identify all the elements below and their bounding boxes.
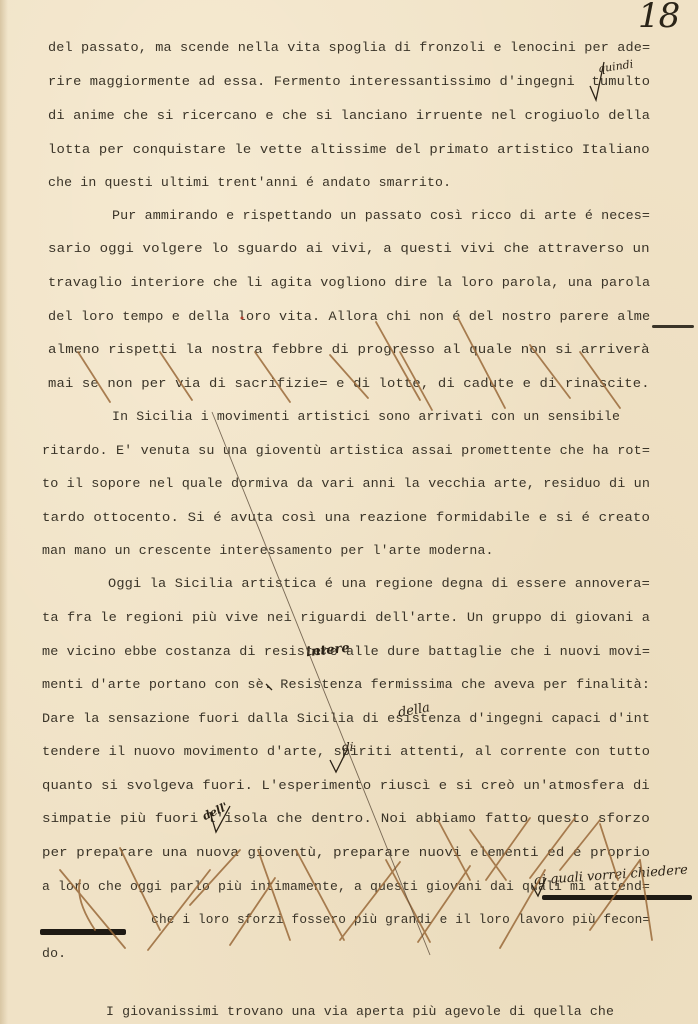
text-line: tardo ottocento. Si é avuta così una rea… — [42, 510, 650, 526]
strike-through-line-start — [40, 929, 126, 935]
text-line: del passato, ma scende nella vita spogli… — [48, 40, 650, 56]
text-line: ta fra le regioni più vive nei riguardi … — [42, 610, 650, 626]
text-line: man mano un crescente interessamento per… — [42, 543, 494, 559]
text-line: to il sopore nel quale dormiva da vari a… — [42, 476, 650, 492]
text-line: ritardo. E' venuta su una gioventù artis… — [42, 443, 650, 459]
text-line: mai se non per via di sacrifizie= e di l… — [48, 376, 650, 392]
text-line: Pur ammirando e rispettando un passato c… — [112, 208, 650, 224]
text-line: do. — [42, 946, 66, 962]
text-line: Dare la sensazione fuori dalla Sicilia d… — [42, 711, 650, 727]
text-line: che i loro sforzi fossero più grandi e i… — [42, 912, 650, 928]
text-line: In Sicilia i movimenti artistici sono ar… — [112, 409, 620, 425]
text-line: menti d'arte portano con sè. Resistenza … — [42, 677, 650, 693]
text-line: che in questi ultimi trent'anni é andato… — [48, 175, 451, 191]
text-line: per preparare una nuova gioventù, prepar… — [42, 845, 650, 861]
text-line: lotta per conquistare le vette altissime… — [48, 142, 650, 158]
page-number: 18 — [638, 0, 679, 36]
text-line: rire maggiormente ad essa. Fermento inte… — [48, 74, 650, 90]
strike-through-alme — [652, 325, 694, 328]
text-line: travaglio interiore che li agita voglion… — [48, 275, 650, 291]
text-line: simpatie più fuori l'isola che dentro. N… — [42, 811, 650, 827]
annotation-di: di — [342, 740, 354, 754]
text-line: Oggi la Sicilia artistica é una regione … — [108, 576, 650, 592]
text-line: almeno rispetti la nostra febbre di prog… — [48, 342, 650, 358]
text-line: I giovanissimi trovano una via aperta pi… — [106, 1004, 614, 1020]
text-line: quanto si svolgeva fuori. L'esperimento … — [42, 778, 650, 794]
text-line: di anime che si ricercano e che si lanci… — [48, 108, 650, 124]
text-line: del loro tempo e della loro vita. Allora… — [48, 309, 650, 325]
paper-edge — [0, 0, 8, 1024]
text-line: sario oggi volgere lo sguardo ai vivi, a… — [48, 241, 650, 257]
strike-through-giovani — [542, 895, 692, 900]
